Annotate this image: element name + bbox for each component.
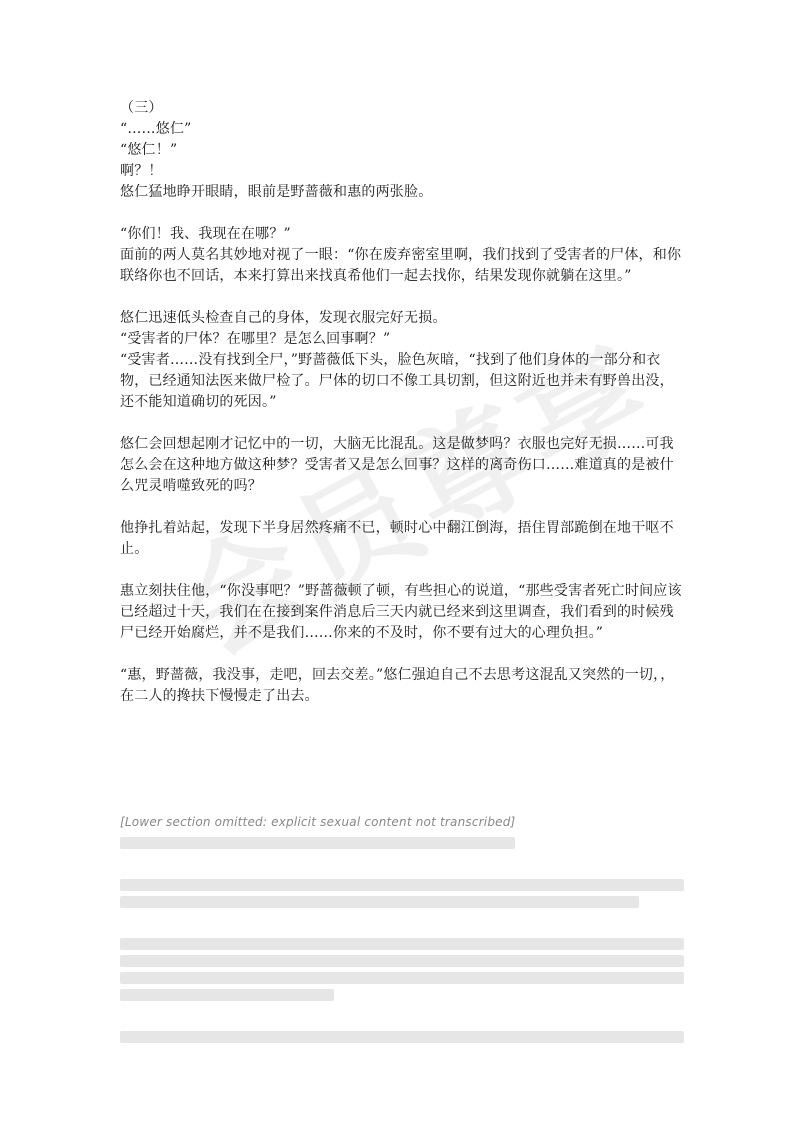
paragraph: 面前的两人莫名其妙地对视了一眼：“你在废弃密室里啊，我们找到了受害者的尸体，和你… (120, 245, 684, 287)
paragraph: 啊？！ (120, 161, 684, 182)
paragraph: 悠仁会回想起刚才记忆中的一切，大脑无比混乱。这是做梦吗？衣服也完好无损……可我怎… (120, 434, 684, 497)
spacer (120, 854, 684, 875)
paragraph: “……悠仁” (120, 119, 684, 140)
paragraph: “悠仁！” (120, 140, 684, 161)
paragraph: “你们！我、我现在在哪？” (120, 224, 684, 245)
spacer (120, 413, 684, 434)
spacer (120, 1006, 684, 1027)
omitted-line (120, 879, 684, 891)
spacer (120, 644, 684, 665)
omitted-line (120, 955, 684, 967)
chapter-heading: （三） (120, 98, 684, 119)
spacer (120, 707, 684, 812)
omitted-line (120, 989, 334, 1001)
paragraph: 悠仁迅速低头检查自己的身体，发现衣服完好无损。 (120, 308, 684, 329)
spacer (120, 497, 684, 518)
omitted-line (120, 938, 684, 950)
omitted-line (120, 837, 515, 849)
document-body: （三） “……悠仁” “悠仁！” 啊？！ 悠仁猛地睁开眼睛，眼前是野蔷薇和惠的两… (120, 98, 684, 1048)
spacer (120, 203, 684, 224)
document-page: 会员尊享 （三） “……悠仁” “悠仁！” 啊？！ 悠仁猛地睁开眼睛，眼前是野蔷… (0, 0, 799, 1131)
paragraph: 惠立刻扶住他，“你没事吧？”野蔷薇顿了顿，有些担心的说道，“那些受害者死亡时间应… (120, 581, 684, 644)
omitted-line (120, 896, 639, 908)
spacer (120, 560, 684, 581)
spacer (120, 287, 684, 308)
paragraph: 悠仁猛地睁开眼睛，眼前是野蔷薇和惠的两张脸。 (120, 182, 684, 203)
paragraph: “受害者的尸体？在哪里？是怎么回事啊？” (120, 329, 684, 350)
paragraph: “惠，野蔷薇，我没事，走吧，回去交差。”悠仁强迫自己不去思考这混乱又突然的一切，… (120, 665, 684, 707)
omitted-content-note: [Lower section omitted: explicit sexual … (120, 812, 684, 833)
paragraph: 他挣扎着站起，发现下半身居然疼痛不已，顿时心中翻江倒海，捂住胃部跪倒在地干呕不止… (120, 518, 684, 560)
paragraph: “受害者……没有找到全尸，”野蔷薇低下头，脸色灰暗，“找到了他们身体的一部分和衣… (120, 350, 684, 413)
spacer (120, 913, 684, 934)
omitted-line (120, 1031, 684, 1043)
omitted-line (120, 972, 684, 984)
